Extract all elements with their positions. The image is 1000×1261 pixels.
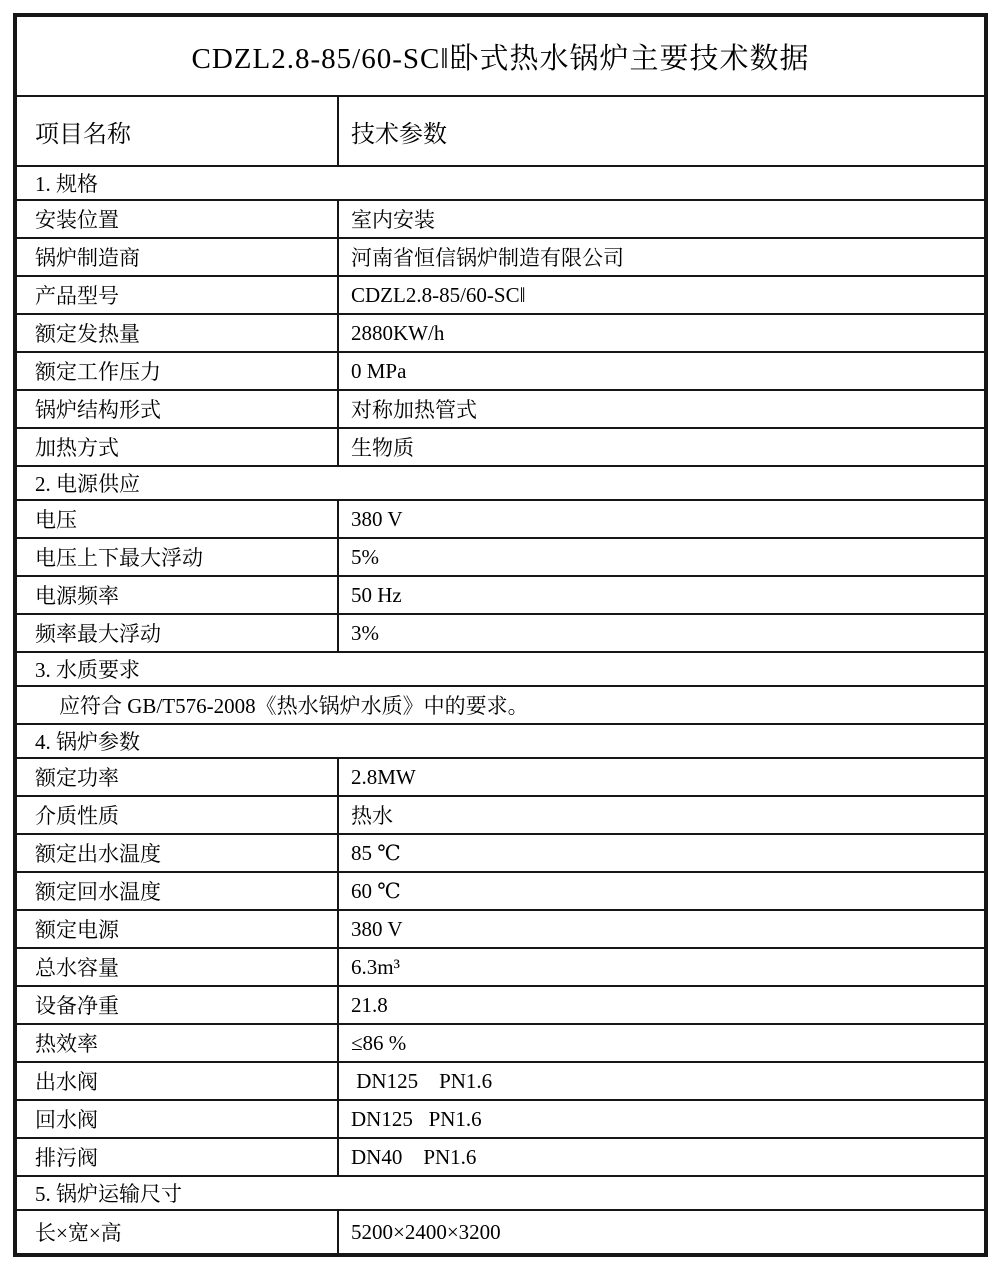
spec-row: 排污阀 DN40 PN1.6 bbox=[17, 1139, 984, 1177]
spec-row: 额定出水温度 85 ℃ bbox=[17, 835, 984, 873]
spec-row: 频率最大浮动 3% bbox=[17, 615, 984, 653]
spec-label: 锅炉结构形式 bbox=[17, 391, 339, 427]
spec-row: 热效率 ≤86 % bbox=[17, 1025, 984, 1063]
spec-value: 380 V bbox=[339, 911, 984, 947]
spec-value: 对称加热管式 bbox=[339, 391, 984, 427]
spec-value: CDZL2.8-85/60-SC‖ bbox=[339, 277, 984, 313]
spec-row: 回水阀 DN125 PN1.6 bbox=[17, 1101, 984, 1139]
spec-row: 加热方式 生物质 bbox=[17, 429, 984, 467]
spec-row: 电源频率 50 Hz bbox=[17, 577, 984, 615]
spec-row: 额定电源 380 V bbox=[17, 911, 984, 949]
spec-row: 安装位置 室内安装 bbox=[17, 201, 984, 239]
spec-label: 长×宽×高 bbox=[17, 1211, 339, 1253]
spec-label: 电压 bbox=[17, 501, 339, 537]
spec-label: 出水阀 bbox=[17, 1063, 339, 1099]
spec-label: 产品型号 bbox=[17, 277, 339, 313]
spec-label: 热效率 bbox=[17, 1025, 339, 1061]
spec-label: 频率最大浮动 bbox=[17, 615, 339, 651]
spec-value: 河南省恒信锅炉制造有限公司 bbox=[339, 239, 984, 275]
spec-row: 长×宽×高 5200×2400×3200 bbox=[17, 1211, 984, 1253]
spec-label: 介质性质 bbox=[17, 797, 339, 833]
section-heading: 5. 锅炉运输尺寸 bbox=[17, 1177, 984, 1211]
spec-value: 5200×2400×3200 bbox=[339, 1211, 984, 1253]
spec-row: 额定工作压力 0 MPa bbox=[17, 353, 984, 391]
spec-value: 热水 bbox=[339, 797, 984, 833]
spec-value: 380 V bbox=[339, 501, 984, 537]
spec-row: 出水阀 DN125 PN1.6 bbox=[17, 1063, 984, 1101]
spec-label: 安装位置 bbox=[17, 201, 339, 237]
spec-label: 额定发热量 bbox=[17, 315, 339, 351]
section-heading: 2. 电源供应 bbox=[17, 467, 984, 501]
spec-row: 额定发热量 2880KW/h bbox=[17, 315, 984, 353]
spec-row: 额定回水温度 60 ℃ bbox=[17, 873, 984, 911]
spec-label: 排污阀 bbox=[17, 1139, 339, 1175]
spec-value: 3% bbox=[339, 615, 984, 651]
spec-value: 5% bbox=[339, 539, 984, 575]
spec-value: 21.8 bbox=[339, 987, 984, 1023]
spec-row: 产品型号 CDZL2.8-85/60-SC‖ bbox=[17, 277, 984, 315]
section-heading: 4. 锅炉参数 bbox=[17, 725, 984, 759]
spec-value: DN40 PN1.6 bbox=[339, 1139, 984, 1175]
spec-row: 额定功率 2.8MW bbox=[17, 759, 984, 797]
section-heading: 1. 规格 bbox=[17, 167, 984, 201]
spec-value: 60 ℃ bbox=[339, 873, 984, 909]
spec-row: 电压 380 V bbox=[17, 501, 984, 539]
spec-label: 设备净重 bbox=[17, 987, 339, 1023]
spec-label: 额定电源 bbox=[17, 911, 339, 947]
spec-value: 0 MPa bbox=[339, 353, 984, 389]
column-header-tech-param: 技术参数 bbox=[339, 97, 984, 165]
spec-row: 锅炉结构形式 对称加热管式 bbox=[17, 391, 984, 429]
column-header-item-name: 项目名称 bbox=[17, 97, 339, 165]
spec-row: 电压上下最大浮动 5% bbox=[17, 539, 984, 577]
spec-value: DN125 PN1.6 bbox=[339, 1101, 984, 1137]
spec-label: 额定功率 bbox=[17, 759, 339, 795]
spec-value: 2880KW/h bbox=[339, 315, 984, 351]
spec-label: 电压上下最大浮动 bbox=[17, 539, 339, 575]
spec-label: 总水容量 bbox=[17, 949, 339, 985]
spec-row: 介质性质 热水 bbox=[17, 797, 984, 835]
document-page: CDZL2.8-85/60-SC‖卧式热水锅炉主要技术数据 项目名称 技术参数 … bbox=[0, 0, 1000, 1261]
spec-label: 额定回水温度 bbox=[17, 873, 339, 909]
spec-value: DN125 PN1.6 bbox=[339, 1063, 984, 1099]
spec-row: 锅炉制造商 河南省恒信锅炉制造有限公司 bbox=[17, 239, 984, 277]
spec-row: 总水容量 6.3m³ bbox=[17, 949, 984, 987]
spec-row: 设备净重 21.8 bbox=[17, 987, 984, 1025]
spec-label: 额定工作压力 bbox=[17, 353, 339, 389]
table-title: CDZL2.8-85/60-SC‖卧式热水锅炉主要技术数据 bbox=[17, 17, 984, 97]
spec-label: 锅炉制造商 bbox=[17, 239, 339, 275]
spec-label: 电源频率 bbox=[17, 577, 339, 613]
spec-value: ≤86 % bbox=[339, 1025, 984, 1061]
spec-label: 回水阀 bbox=[17, 1101, 339, 1137]
spec-value: 室内安装 bbox=[339, 201, 984, 237]
column-header-row: 项目名称 技术参数 bbox=[17, 97, 984, 167]
boiler-spec-table: CDZL2.8-85/60-SC‖卧式热水锅炉主要技术数据 项目名称 技术参数 … bbox=[13, 13, 988, 1257]
spec-value: 50 Hz bbox=[339, 577, 984, 613]
spec-value: 生物质 bbox=[339, 429, 984, 465]
spec-value: 2.8MW bbox=[339, 759, 984, 795]
water-quality-note: 应符合 GB/T576-2008《热水锅炉水质》中的要求。 bbox=[17, 687, 984, 725]
section-heading: 3. 水质要求 bbox=[17, 653, 984, 687]
spec-value: 85 ℃ bbox=[339, 835, 984, 871]
spec-label: 额定出水温度 bbox=[17, 835, 339, 871]
spec-value: 6.3m³ bbox=[339, 949, 984, 985]
spec-label: 加热方式 bbox=[17, 429, 339, 465]
